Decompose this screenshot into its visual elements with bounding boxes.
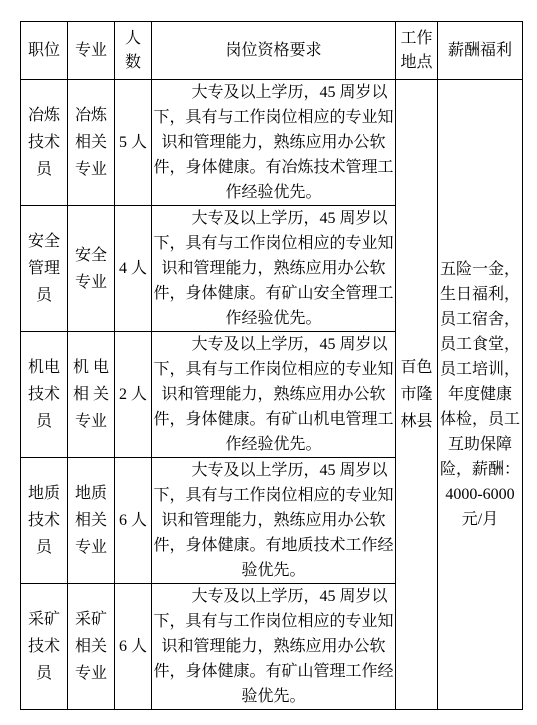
requirements-cell: 大专及以上学历，45 周岁以下，具有与工作岗位相应的专业知识和管理能力，熟练应用…: [152, 206, 396, 332]
requirements-cell: 大专及以上学历，45 周岁以下，具有与工作岗位相应的专业知识和管理能力，熟练应用…: [152, 80, 396, 206]
benefits-cell: 五险一金， 生日福利， 员工宿舍， 员工食堂， 员工培训， 年度健康 体检，员工…: [438, 80, 523, 710]
major-cell: 地质 相关 专业: [68, 458, 115, 584]
requirements-cell: 大专及以上学历，45 周岁以下，具有与工作岗位相应的专业知识和管理能力，熟练应用…: [152, 584, 396, 710]
count-cell: 5 人: [115, 80, 152, 206]
requirements-cell: 大专及以上学历，45 周岁以下，具有与工作岗位相应的专业知识和管理能力，熟练应用…: [152, 458, 396, 584]
count-cell: 6 人: [115, 458, 152, 584]
major-cell: 安全 专业: [68, 206, 115, 332]
recruitment-table: 职位 专业 人 数 岗位资格要求 工作 地点 薪酬福利 冶炼 技术 员 冶炼 相…: [20, 21, 523, 710]
position-cell: 采矿 技术 员: [21, 584, 68, 710]
header-row: 职位 专业 人 数 岗位资格要求 工作 地点 薪酬福利: [21, 22, 523, 80]
table-row: 冶炼 技术 员 冶炼 相关 专业 5 人 大专及以上学历，45 周岁以下，具有与…: [21, 80, 523, 206]
header-cell-position: 职位: [21, 22, 68, 80]
header-cell-requirements: 岗位资格要求: [152, 22, 396, 80]
position-cell: 地质 技术 员: [21, 458, 68, 584]
count-cell: 2 人: [115, 332, 152, 458]
position-cell: 冶炼 技术 员: [21, 80, 68, 206]
position-cell: 安全 管理 员: [21, 206, 68, 332]
count-cell: 4 人: [115, 206, 152, 332]
location-cell: 百色 市隆 林县: [396, 80, 438, 710]
header-cell-count: 人 数: [115, 22, 152, 80]
position-cell: 机电 技术 员: [21, 332, 68, 458]
header-cell-major: 专业: [68, 22, 115, 80]
major-cell: 采矿 相关 专业: [68, 584, 115, 710]
major-cell: 冶炼 相关 专业: [68, 80, 115, 206]
header-cell-location: 工作 地点: [396, 22, 438, 80]
count-cell: 6 人: [115, 584, 152, 710]
major-cell: 机 电 相 关 专业: [68, 332, 115, 458]
header-cell-benefits: 薪酬福利: [438, 22, 523, 80]
requirements-cell: 大专及以上学历，45 周岁以下，具有与工作岗位相应的专业知识和管理能力，熟练应用…: [152, 332, 396, 458]
